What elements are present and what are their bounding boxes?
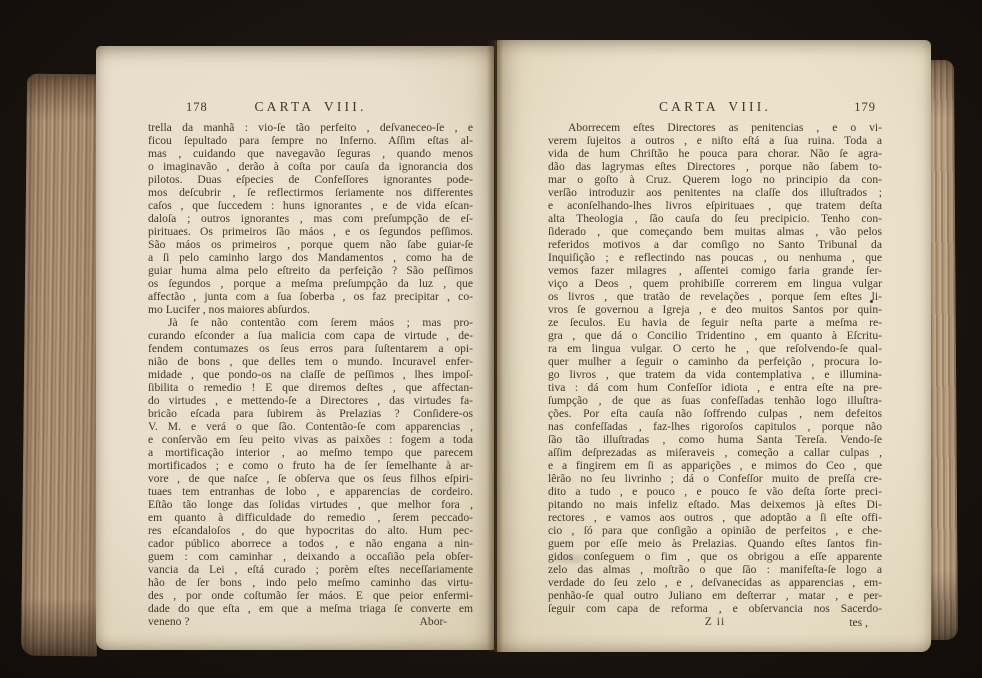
text-line: São máos os primeiros , porque quem não … [148, 238, 473, 251]
page-left-header: 178 CARTA VIII. [148, 99, 473, 114]
gutter-crease [494, 42, 496, 650]
text-line: pirituaes. Os primeiros ſão máos , e os … [148, 225, 473, 238]
text-line: Inquiſição ; e reflectindo nas poucas , … [548, 251, 882, 264]
running-title-right: CARTA VIII. [548, 99, 882, 115]
page-left-textblock: 178 CARTA VIII. trella da manhã : vio-ſe… [148, 99, 473, 628]
text-line: e conſervão em ſeu peito vivas as paixõe… [148, 433, 473, 446]
text-line: verſão introduzir aos penitentes na claſ… [548, 186, 882, 199]
text-line: o imaginavão , derão à coſta por cauſa d… [148, 160, 473, 173]
text-line: referidos motivos a dar comſigo no Santo… [548, 238, 882, 251]
text-line: pitando no mais infeliz eſtado. Mas deix… [548, 498, 882, 511]
page-number-right: 179 [854, 100, 876, 115]
text-line: ra em lingua vulgar. O certo he , que re… [548, 342, 882, 355]
catchword-right: tes , [849, 616, 868, 629]
page-left-text: trella da manhã : vio-ſe tão perfeito , … [148, 121, 473, 615]
text-line: mar o goſto à Cruz. Querem logo no princ… [548, 173, 882, 186]
text-line: nas confeſſadas , faz-lhes rigoroſos cap… [548, 420, 882, 433]
text-line: guem por eſſe meio às Prelazias. Quando … [548, 537, 882, 550]
text-line: mo Lucifer , nos maiores abſurdos. [148, 303, 473, 316]
text-line: trella da manhã : vio-ſe tão perfeito , … [148, 121, 473, 134]
text-line: zelo das almas , moſtrão o que ſão : man… [548, 563, 882, 576]
signature-mark: Z ii [705, 615, 725, 628]
page-edges-left [21, 74, 103, 657]
ink-speck [796, 209, 798, 211]
text-line: rectores , e vamos aos outros , que adop… [548, 511, 882, 524]
text-line: nião de bons , que delles tem o mundo. I… [148, 355, 473, 368]
text-line: vancia da Lei , eſtá curado ; porèm eſte… [148, 563, 473, 576]
page-right-text: Aborrecem eſtes Directores as penitencia… [548, 121, 882, 615]
text-line: Aborrecem eſtes Directores as penitencia… [548, 121, 882, 134]
text-line: os livros , que tratão de revelações , p… [548, 290, 882, 303]
text-line: des , por onde coſtumão ſer máos. E que … [148, 589, 473, 602]
text-line: do virtudes , e mettendo-ſe a Directores… [148, 394, 473, 407]
text-line: aſſim deſprezadas as miſeraveis , começã… [548, 446, 882, 459]
text-line: quer mulher a ſeguir o caminho da perfei… [548, 355, 882, 368]
text-line: tiva : dá com hum Confeſſor idiota , e e… [548, 381, 882, 394]
text-line: a mortificação interior , ao meſmo tempo… [148, 446, 473, 459]
text-line: gra , que dá o Concilio Tridentino , em … [548, 329, 882, 342]
text-line: midade , que pondo-os na claſſe de peſſi… [148, 368, 473, 381]
text-line: res eſcandaloſos , do que hypocritas do … [148, 524, 473, 537]
text-line: gidos conſeguem o fim , que os obrigou a… [548, 550, 882, 563]
text-line: pilotos. Duas eſpecies de Confeſſores ig… [148, 173, 473, 186]
text-line: go livros , que tratem da vida contempla… [548, 368, 882, 381]
text-line: daloſa ; outros ignorantes , mas com pre… [148, 212, 473, 225]
page-right-textblock: CARTA VIII. 179 Aborrecem eſtes Director… [548, 99, 882, 628]
text-line: vros ſe governou a Igreja , e deo muitos… [548, 303, 882, 316]
text-line: e a fingirem em ſi as apparições , e mim… [548, 459, 882, 472]
text-line: penhão-ſe qual outro Juliano em deſterra… [548, 589, 882, 602]
text-line: mos deſcubrir , ſe reflectirmos ſeriamen… [148, 186, 473, 199]
text-line: lêrão no ſeu livrinho ; dá o Confeſſor m… [548, 472, 882, 485]
text-line: ficou ſepultado para ſempre no Inferno. … [148, 134, 473, 147]
text-line: ſiderado , que começando bem muitas alma… [548, 225, 882, 238]
text-line: e aconſelhando-lhes livros eſpirituaes ,… [548, 199, 882, 212]
text-line: cio , ſó para que conſigão a opinião de … [548, 524, 882, 537]
text-line: hão de ſer bons , indo pelo meſmo caminh… [148, 576, 473, 589]
text-line: verdade do ſeu zelo , e , deſvanecidas a… [548, 576, 882, 589]
paper-smudge [548, 552, 594, 566]
last-line: veneno ? [148, 615, 190, 628]
text-line: Eſtão tão longe das ſolidas virtudes , q… [148, 498, 473, 511]
text-line: dão das lagrymas eſtes Directores , porq… [548, 160, 882, 173]
text-line: ſibilita o remedio ! E que diremos deſte… [148, 381, 473, 394]
text-line: tuaes tem entranhas de lobo , e apparenc… [148, 485, 473, 498]
page-number-left: 178 [186, 100, 208, 115]
text-line: cador público aborrece a todos , e não e… [148, 537, 473, 550]
text-line: bricão eſcada para ſubirem às Prelazias … [148, 407, 473, 420]
text-line: mas , cuidando que navegavão ſeguras , q… [148, 147, 473, 160]
text-line: mortificados ; e como o fruto ha de ſer … [148, 459, 473, 472]
text-line: em quanto à difficuldade do remedio , ſe… [148, 511, 473, 524]
page-left: 178 CARTA VIII. trella da manhã : vio-ſe… [96, 46, 494, 650]
text-line: ſumpção , de que as ſuas confeſſadas ten… [548, 394, 882, 407]
text-line: os ſegundos , porque a meſma preſumpção … [148, 277, 473, 290]
text-line: V. M. e verá o que ſão. Contentão-ſe com… [148, 420, 473, 433]
page-right-last-row: Z ii tes , [548, 615, 882, 628]
text-line: dade do que eſta , em que a meſma triaga… [148, 602, 473, 615]
text-line: fendem contumazes os ſeus erros para ſuſ… [148, 342, 473, 355]
text-line: ções. Por eſta cauſa não ſoffrendo culpa… [548, 407, 882, 420]
text-line: alta Theologia , ſão cauſa do ſeu precip… [548, 212, 882, 225]
text-line: ze ſeculos. Eu havia de ſeguir neſta par… [548, 316, 882, 329]
text-line: curando eſconder a ſua malicia com capa … [148, 329, 473, 342]
page-right-header: CARTA VIII. 179 [548, 99, 882, 114]
text-line: dito a tudo , e pouco , e pouco ſe vão d… [548, 485, 882, 498]
text-line: ſeguir com capa de reforma , e obſervanc… [548, 602, 882, 615]
book-scan: 178 CARTA VIII. trella da manhã : vio-ſe… [0, 0, 982, 678]
text-line: ſão tão illuſtradas , como huma Santa Te… [548, 433, 882, 446]
text-line: vida de hum Chriſtão he pouca para chora… [548, 147, 882, 160]
text-line: vore , de que naſce , ſe obſerva que os … [148, 472, 473, 485]
text-line: viço a Deos , quem prohibiſſe correrem e… [548, 277, 882, 290]
text-line: a ſi pelo caminho largo dos Mandamentos … [148, 251, 473, 264]
catchword-left: Abor- [420, 615, 447, 628]
text-line: affectão , junta com a ſua ſoberba , os … [148, 290, 473, 303]
text-line: caſos , que ſuccedem : huns ignorantes ,… [148, 199, 473, 212]
text-line: vemos fazer milagres , aſſentei comigo f… [548, 264, 882, 277]
text-line: Jà ſe não contentão com ſerem máos ; mas… [148, 316, 473, 329]
text-line: guiar huma alma pelo eſtreito da perfeiç… [148, 264, 473, 277]
ink-speck [870, 300, 873, 303]
page-left-last-row: veneno ? Abor- [148, 615, 473, 628]
text-line: verem ſujeitos a outros , e niſto eſtá a… [548, 134, 882, 147]
text-line: guem : com caminhar , deixando a occaſiã… [148, 550, 473, 563]
